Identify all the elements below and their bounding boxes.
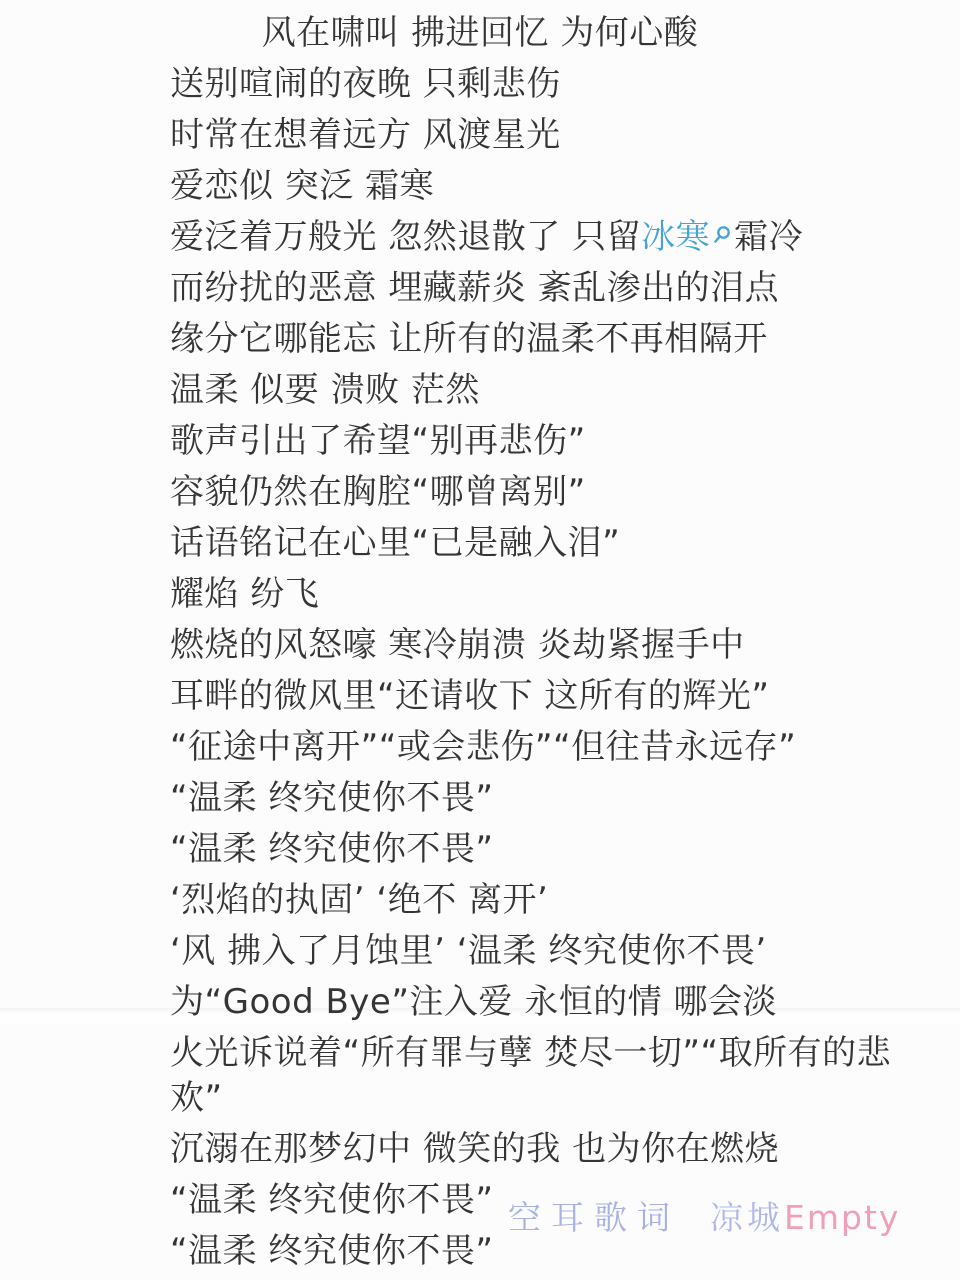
lyric-line: “温柔 终究使你不畏”: [170, 1175, 900, 1226]
lyric-line-with-keyword: 爱泛着万般光 忽然退散了 只留冰寒霜冷: [170, 212, 900, 263]
lyric-line: ‘风 拂入了月蚀里’ ‘温柔 终究使你不畏’: [170, 926, 900, 977]
lyric-line: 时常在想着远方 风渡星光: [170, 110, 900, 161]
lyric-line: 耳畔的微风里“还请收下 这所有的辉光”: [170, 671, 900, 722]
lyric-line: 而纷扰的恶意 埋藏薪炎 紊乱渗出的泪点: [170, 263, 900, 314]
lyric-text-pre: 爱泛着万般光 忽然退散了 只留: [170, 217, 641, 257]
lyric-line: 风在啸叫 拂进回忆 为何心酸: [0, 8, 960, 59]
lyrics-page: 风在啸叫 拂进回忆 为何心酸 送别喧闹的夜晚 只剩悲伤 时常在想着远方 风渡星光…: [0, 0, 960, 1280]
lyric-line: 缘分它哪能忘 让所有的温柔不再相隔开: [170, 314, 900, 365]
lyric-line: 温柔 似要 溃败 茫然: [170, 365, 900, 416]
lyric-line: 沉溺在那梦幻中 微笑的我 也为你在燃烧: [170, 1124, 900, 1175]
lyric-text-post: 霜冷: [734, 217, 803, 257]
lyric-line-wrapped: 火光诉说着“所有罪与孽 焚尽一切”“取所有的悲 欢”: [170, 1028, 900, 1124]
lyric-line: 耀焰 纷飞: [170, 569, 900, 620]
lyric-line: 话语铭记在心里“已是融入泪”: [170, 518, 900, 569]
lyric-line: “温柔 终究使你不畏”: [170, 1226, 900, 1277]
lyric-line: 送别喧闹的夜晚 只剩悲伤: [170, 59, 900, 110]
lyric-text-row: 欢”: [170, 1076, 900, 1121]
keyword-search-link[interactable]: 冰寒: [641, 217, 710, 257]
lyric-line: 爱恋似 突泛 霜寒: [170, 161, 900, 212]
lyric-line: ‘烈焰的执固’ ‘绝不 离开’: [170, 875, 900, 926]
lyric-line: “温柔 终究使你不畏”: [170, 773, 900, 824]
lyrics-body: 风在啸叫 拂进回忆 为何心酸 送别喧闹的夜晚 只剩悲伤 时常在想着远方 风渡星光…: [0, 0, 960, 1277]
lyric-line: “温柔 终究使你不畏”: [170, 824, 900, 875]
lyric-line: 容貌仍然在胸腔“哪曾离别”: [170, 467, 900, 518]
lyric-line: 歌声引出了希望“别再悲伤”: [170, 416, 900, 467]
search-icon[interactable]: [711, 213, 733, 235]
lyric-text-row: 火光诉说着“所有罪与孽 焚尽一切”“取所有的悲: [170, 1031, 900, 1076]
lyric-line: “征途中离开”“或会悲伤”“但往昔永远存”: [170, 722, 900, 773]
lyric-line: 燃烧的风怒嚎 寒冷崩溃 炎劫紧握手中: [170, 620, 900, 671]
lyric-line: 为“Good Bye”注入爱 永恒的情 哪会淡: [170, 977, 900, 1028]
